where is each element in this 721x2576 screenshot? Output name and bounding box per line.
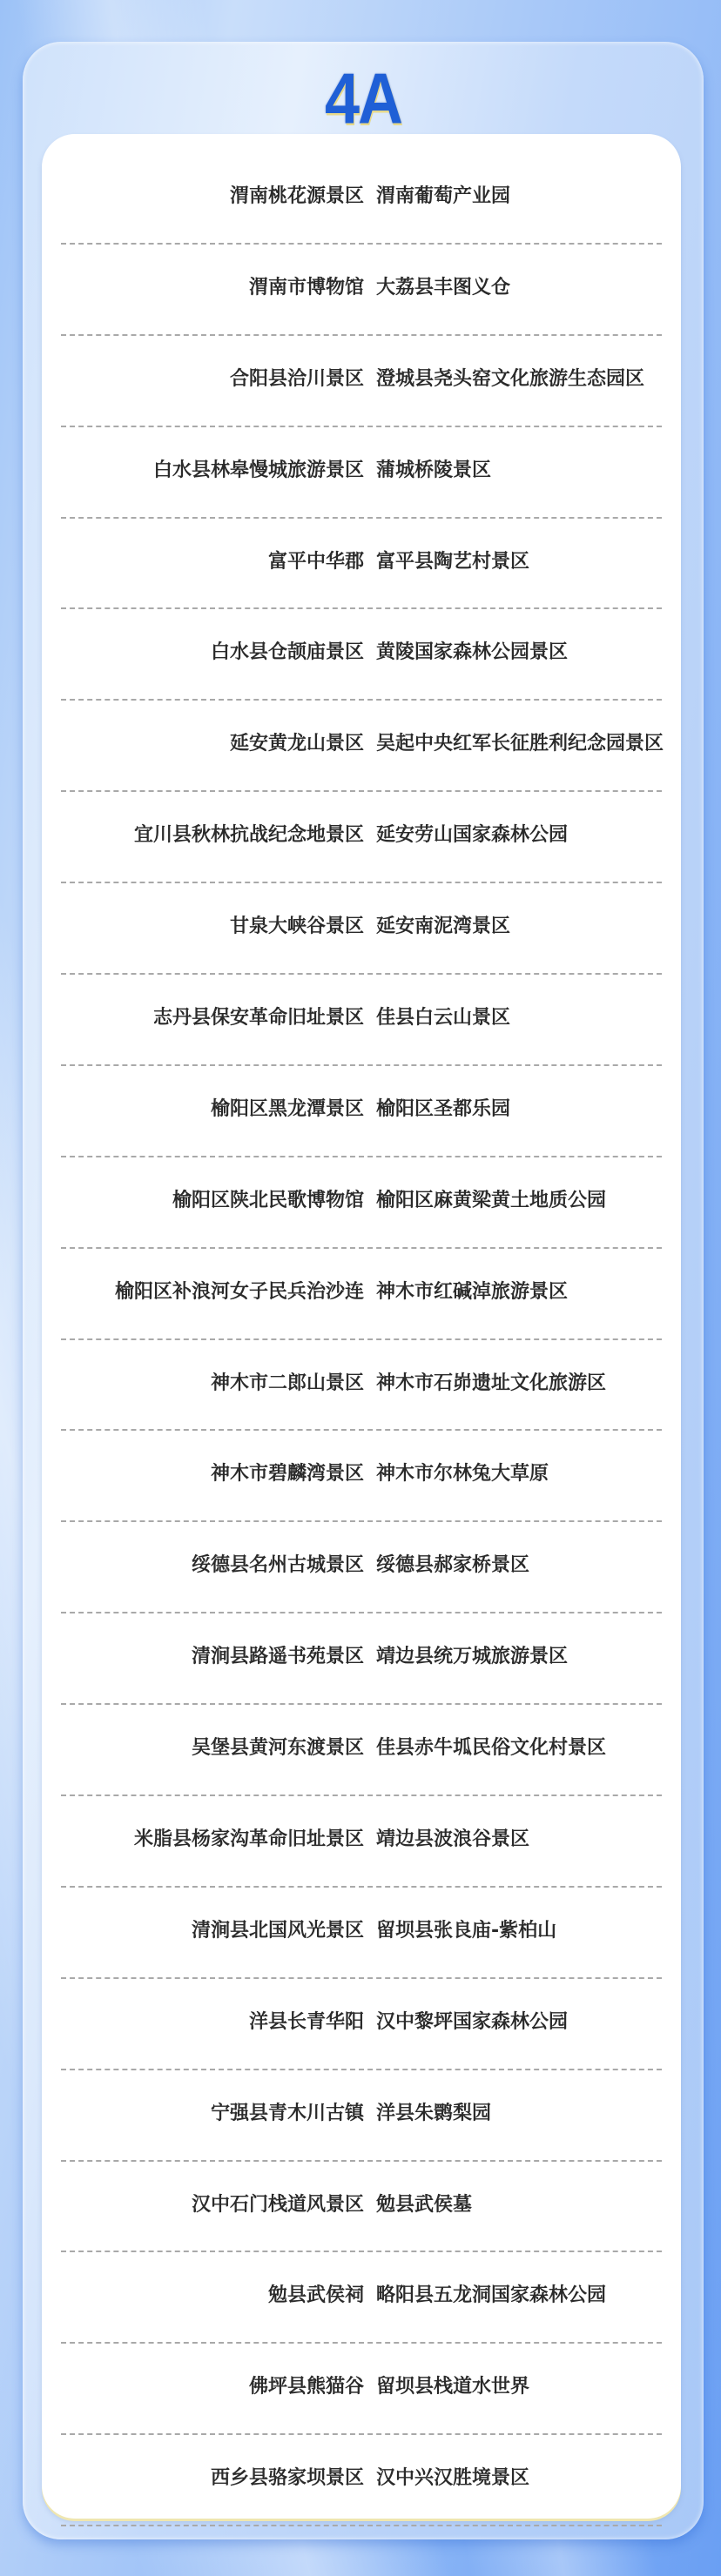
scenic-spot-right: 洋县朱鹮梨园 (376, 2098, 491, 2125)
scenic-spot-right: 榆阳区麻黄梁黄土地质公园 (376, 1185, 606, 1212)
list-item: 富平中华郡富平县陶艺村景区 (42, 519, 681, 610)
scenic-spot-left: 志丹县保安革命旧址景区 (153, 1003, 364, 1030)
scenic-spot-left: 延安黄龙山景区 (230, 728, 364, 755)
scenic-spot-right: 略阳县五龙洞国家森林公园 (376, 2280, 606, 2307)
scenic-spot-right: 渭南葡萄产业园 (376, 181, 510, 208)
scenic-spot-left: 渭南桃花源景区 (230, 181, 364, 208)
list-item: 洋县长青华阳汉中黎坪国家森林公园 (42, 1979, 681, 2070)
scenic-spot-left: 富平中华郡 (268, 547, 364, 574)
scenic-spot-right: 榆阳区圣都乐园 (376, 1094, 510, 1121)
scenic-spot-left: 宁强县青木川古镇 (211, 2098, 364, 2125)
list-item: 神木市二郎山景区神木市石峁遗址文化旅游区 (42, 1340, 681, 1432)
scenic-spot-right: 蒲城桥陵景区 (376, 455, 491, 482)
scenic-spot-left: 绥德县名州古城景区 (192, 1550, 364, 1577)
scenic-spot-left: 白水县林皋慢城旅游景区 (153, 455, 364, 482)
scenic-spot-right: 佳县白云山景区 (376, 1003, 510, 1030)
scenic-spot-left: 西乡县骆家坝景区 (211, 2463, 364, 2490)
list-item: 清涧县路遥书苑景区靖边县统万城旅游景区 (42, 1613, 681, 1705)
list-item: 佛坪县熊猫谷留坝县栈道水世界 (42, 2344, 681, 2435)
scenic-spot-left: 米脂县杨家沟革命旧址景区 (134, 1824, 364, 1851)
scenic-spot-left: 洋县长青华阳 (249, 2007, 364, 2034)
scenic-spot-right: 澄城县尧头窑文化旅游生态园区 (376, 364, 644, 391)
scenic-spot-right: 汉中黎坪国家森林公园 (376, 2007, 568, 2034)
scenic-spot-left: 神木市碧麟湾景区 (211, 1459, 364, 1486)
scenic-spot-right: 延安南泥湾景区 (376, 911, 510, 938)
list-item: 宜川县秋林抗战纪念地景区延安劳山国家森林公园 (42, 792, 681, 883)
scenic-spot-right: 绥德县郝家桥景区 (376, 1550, 529, 1577)
scenic-spot-right: 神木市石峁遗址文化旅游区 (376, 1368, 606, 1395)
list-item: 渭南市博物馆大荔县丰图义仓 (42, 245, 681, 336)
scenic-spot-left: 勉县武侯祠 (268, 2280, 364, 2307)
scenic-spot-left: 宜川县秋林抗战纪念地景区 (134, 820, 364, 847)
list-item: 米脂县杨家沟革命旧址景区靖边县波浪谷景区 (42, 1796, 681, 1888)
scenic-spot-left: 白水县仓颉庙景区 (211, 637, 364, 664)
list-item: 宁强县青木川古镇洋县朱鹮梨园 (42, 2070, 681, 2162)
scenic-spot-right: 靖边县统万城旅游景区 (376, 1641, 568, 1668)
scenic-spot-left: 清涧县北国风光景区 (192, 1915, 364, 1942)
scenic-spot-right: 汉中兴汉胜境景区 (376, 2463, 529, 2490)
list-item: 榆阳区黑龙潭景区榆阳区圣都乐园 (42, 1066, 681, 1157)
scenic-spot-list: 渭南桃花源景区渭南葡萄产业园渭南市博物馆大荔县丰图义仓合阳县洽川景区澄城县尧头窑… (42, 153, 681, 2526)
list-item: 勉县武侯祠略阳县五龙洞国家森林公园 (42, 2252, 681, 2344)
scenic-spot-right: 延安劳山国家森林公园 (376, 820, 568, 847)
scenic-spot-right: 大荔县丰图义仓 (376, 272, 510, 299)
list-item: 延安黄龙山景区吴起中央红军长征胜利纪念园景区 (42, 701, 681, 792)
scenic-spot-right: 靖边县波浪谷景区 (376, 1824, 529, 1851)
list-panel: 4A 渭南桃花源景区渭南葡萄产业园渭南市博物馆大荔县丰图义仓合阳县洽川景区澄城县… (23, 42, 704, 2539)
scenic-spot-left: 吴堡县黄河东渡景区 (192, 1733, 364, 1760)
scenic-spot-card: 渭南桃花源景区渭南葡萄产业园渭南市博物馆大荔县丰图义仓合阳县洽川景区澄城县尧头窑… (42, 134, 681, 2519)
page-title: 4A (23, 59, 704, 139)
scenic-spot-right: 黄陵国家森林公园景区 (376, 637, 568, 664)
list-item: 清涧县北国风光景区留坝县张良庙-紫柏山 (42, 1888, 681, 1979)
scenic-spot-left: 榆阳区补浪河女子民兵治沙连 (115, 1277, 364, 1304)
list-item: 甘泉大峡谷景区延安南泥湾景区 (42, 883, 681, 975)
scenic-spot-right: 勉县武侯墓 (376, 2190, 472, 2217)
scenic-spot-left: 合阳县洽川景区 (230, 364, 364, 391)
list-item: 合阳县洽川景区澄城县尧头窑文化旅游生态园区 (42, 336, 681, 427)
scenic-spot-left: 甘泉大峡谷景区 (230, 911, 364, 938)
scenic-spot-right: 留坝县栈道水世界 (376, 2371, 529, 2398)
list-item: 神木市碧麟湾景区神木市尔林兔大草原 (42, 1431, 681, 1522)
list-item: 白水县林皋慢城旅游景区蒲城桥陵景区 (42, 427, 681, 519)
scenic-spot-left: 佛坪县熊猫谷 (249, 2371, 364, 2398)
scenic-spot-right: 吴起中央红军长征胜利纪念园景区 (376, 728, 664, 755)
scenic-spot-right: 留坝县张良庙-紫柏山 (376, 1915, 556, 1942)
scenic-spot-right: 佳县赤牛坬民俗文化村景区 (376, 1733, 606, 1760)
list-item: 志丹县保安革命旧址景区佳县白云山景区 (42, 975, 681, 1066)
list-item: 白水县仓颉庙景区黄陵国家森林公园景区 (42, 609, 681, 701)
dashed-divider (61, 2525, 662, 2526)
scenic-spot-left: 清涧县路遥书苑景区 (192, 1641, 364, 1668)
list-item: 西乡县骆家坝景区汉中兴汉胜境景区 (42, 2435, 681, 2526)
scenic-spot-right: 神木市尔林兔大草原 (376, 1459, 549, 1486)
scenic-spot-left: 渭南市博物馆 (249, 272, 364, 299)
scenic-spot-right: 神木市红碱淖旅游景区 (376, 1277, 568, 1304)
scenic-spot-left: 神木市二郎山景区 (211, 1368, 364, 1395)
scenic-spot-right: 富平县陶艺村景区 (376, 547, 529, 574)
scenic-spot-left: 榆阳区陕北民歌博物馆 (172, 1185, 364, 1212)
list-item: 汉中石门栈道风景区勉县武侯墓 (42, 2162, 681, 2253)
scenic-spot-left: 汉中石门栈道风景区 (192, 2190, 364, 2217)
list-item: 吴堡县黄河东渡景区佳县赤牛坬民俗文化村景区 (42, 1705, 681, 1796)
list-item: 榆阳区陕北民歌博物馆榆阳区麻黄梁黄土地质公园 (42, 1157, 681, 1249)
list-item: 渭南桃花源景区渭南葡萄产业园 (42, 153, 681, 245)
scenic-spot-left: 榆阳区黑龙潭景区 (211, 1094, 364, 1121)
list-item: 绥德县名州古城景区绥德县郝家桥景区 (42, 1522, 681, 1613)
list-item: 榆阳区补浪河女子民兵治沙连神木市红碱淖旅游景区 (42, 1249, 681, 1340)
